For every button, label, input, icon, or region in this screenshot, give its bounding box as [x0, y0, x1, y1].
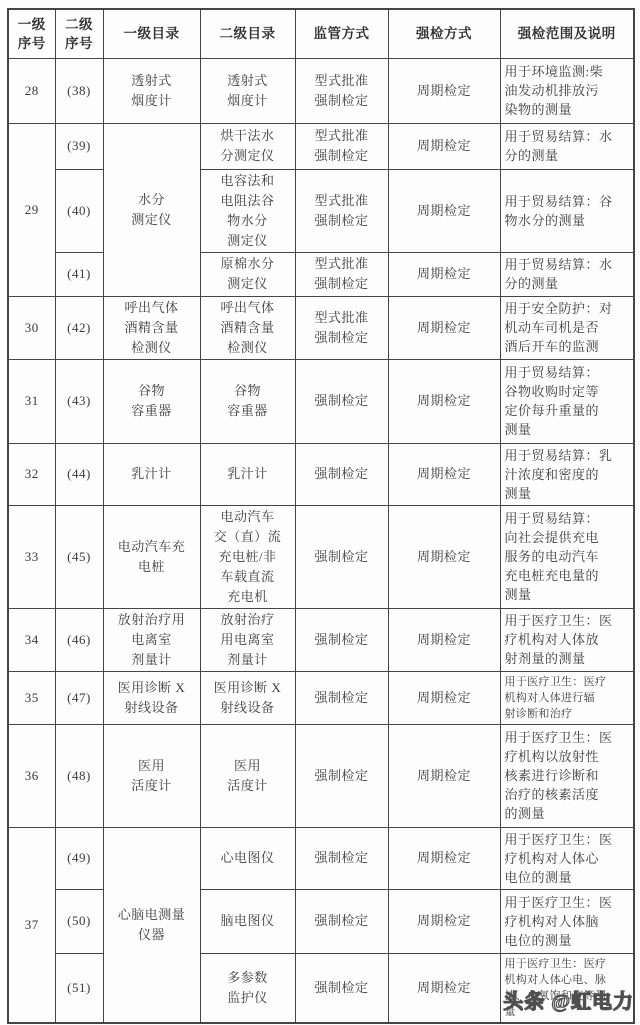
cell-inspection: 周期检定 — [388, 252, 500, 296]
table-row: (41) 原棉水分 测定仪 型式批准 强制检定 周期检定 用于贸易结算：水 分的… — [8, 252, 634, 296]
cell-scope: 用于医疗卫生：医疗 机构对人体进行辐 射诊断和治疗 — [500, 671, 634, 724]
cell-catalog1: 水分 测定仪 — [103, 123, 200, 296]
table-header-row: 一级 序号 二级 序号 一级目录 二级目录 监管方式 强检方式 强检范围及说明 — [8, 9, 634, 58]
cell-inspection: 周期检定 — [388, 296, 500, 359]
cell-catalog1: 医用 活度计 — [103, 724, 200, 827]
cell-scope: 用于医疗卫生：医 疗机构以放射性 核素进行诊断和 治疗的核素活度 的测量 — [500, 724, 634, 827]
cell-supervision: 强制检定 — [295, 827, 388, 889]
cell-inspection: 周期检定 — [388, 671, 500, 724]
cell-no: 28 — [8, 58, 55, 123]
cell-sub-no: (48) — [55, 724, 103, 827]
cell-catalog2: 心电图仪 — [200, 827, 295, 889]
cell-inspection: 周期检定 — [388, 58, 500, 123]
cell-catalog2: 呼出气体 酒精含量 检测仪 — [200, 296, 295, 359]
cell-catalog2: 电动汽车 交（直）流 充电桩/非 车载直流 充电机 — [200, 505, 295, 608]
table-row: (40) 电容法和 电阻法谷 物水分 测定仪 型式批准 强制检定 周期检定 用于… — [8, 169, 634, 252]
cell-inspection: 周期检定 — [388, 169, 500, 252]
table-row: 33 (45) 电动汽车充 电桩 电动汽车 交（直）流 充电桩/非 车载直流 充… — [8, 505, 634, 608]
header-level2-catalog: 二级目录 — [200, 9, 295, 58]
cell-sub-no: (50) — [55, 889, 103, 953]
cell-supervision: 型式批准 强制检定 — [295, 296, 388, 359]
cell-supervision: 型式批准 强制检定 — [295, 169, 388, 252]
toutiao-watermark: 头条 @虹电力 — [503, 985, 634, 1014]
cell-supervision: 强制检定 — [295, 505, 388, 608]
cell-supervision: 型式批准 强制检定 — [295, 252, 388, 296]
table-row: 32 (44) 乳汁计 乳汁计 强制检定 周期检定 用于贸易结算：乳 汁浓度和密… — [8, 443, 634, 505]
cell-sub-no: (42) — [55, 296, 103, 359]
cell-scope: 用于贸易结算：谷 物水分的测量 — [500, 169, 634, 252]
cell-scope: 用于环境监测:柴 油发动机排放污 染物的测量 — [500, 58, 634, 123]
cell-no: 32 — [8, 443, 55, 505]
table-row: 36 (48) 医用 活度计 医用 活度计 强制检定 周期检定 用于医疗卫生：医… — [8, 724, 634, 827]
header-supervision-method: 监管方式 — [295, 9, 388, 58]
cell-scope: 用于贸易结算： 谷物收购时定等 定价每升重量的 测量 — [500, 359, 634, 443]
cell-scope: 用于安全防护：对 机动车司机是否 酒后开车的监测 — [500, 296, 634, 359]
cell-supervision: 强制检定 — [295, 608, 388, 671]
cell-supervision: 强制检定 — [295, 443, 388, 505]
document-page: 一级 序号 二级 序号 一级目录 二级目录 监管方式 强检方式 强检范围及说明 … — [0, 0, 640, 1025]
header-inspection-method: 强检方式 — [388, 9, 500, 58]
cell-inspection: 周期检定 — [388, 443, 500, 505]
cell-catalog1: 透射式 烟度计 — [103, 58, 200, 123]
cell-inspection: 周期检定 — [388, 827, 500, 889]
cell-supervision: 强制检定 — [295, 889, 388, 953]
cell-no: 29 — [8, 123, 55, 296]
cell-catalog1: 电动汽车充 电桩 — [103, 505, 200, 608]
header-level1-no: 一级 序号 — [8, 9, 55, 58]
cell-catalog2: 透射式 烟度计 — [200, 58, 295, 123]
cell-sub-no: (44) — [55, 443, 103, 505]
cell-sub-no: (43) — [55, 359, 103, 443]
cell-catalog2: 谷物 容重器 — [200, 359, 295, 443]
cell-catalog1: 医用诊断 X 射线设备 — [103, 671, 200, 724]
cell-sub-no: (40) — [55, 169, 103, 252]
cell-inspection: 周期检定 — [388, 889, 500, 953]
cell-inspection: 周期检定 — [388, 359, 500, 443]
cell-catalog2: 乳汁计 — [200, 443, 295, 505]
cell-supervision: 强制检定 — [295, 671, 388, 724]
table-row: (50) 脑电图仪 强制检定 周期检定 用于医疗卫生：医 疗机构对人体脑 电位的… — [8, 889, 634, 953]
cell-sub-no: (46) — [55, 608, 103, 671]
header-level2-no: 二级 序号 — [55, 9, 103, 58]
cell-sub-no: (49) — [55, 827, 103, 889]
cell-scope: 用于医疗卫生：医 疗机构对人体放 射剂量的测量 — [500, 608, 634, 671]
cell-sub-no: (51) — [55, 953, 103, 1023]
cell-no: 30 — [8, 296, 55, 359]
cell-scope: 用于贸易结算：乳 汁浓度和密度的 测量 — [500, 443, 634, 505]
cell-catalog2: 医用 活度计 — [200, 724, 295, 827]
cell-scope: 用于贸易结算：水 分的测量 — [500, 123, 634, 169]
cell-catalog2: 电容法和 电阻法谷 物水分 测定仪 — [200, 169, 295, 252]
cell-inspection: 周期检定 — [388, 953, 500, 1023]
table-row: 31 (43) 谷物 容重器 谷物 容重器 强制检定 周期检定 用于贸易结算： … — [8, 359, 634, 443]
cell-supervision: 强制检定 — [295, 359, 388, 443]
cell-inspection: 周期检定 — [388, 123, 500, 169]
table-row: 35 (47) 医用诊断 X 射线设备 医用诊断 X 射线设备 强制检定 周期检… — [8, 671, 634, 724]
cell-no: 35 — [8, 671, 55, 724]
cell-supervision: 型式批准 强制检定 — [295, 58, 388, 123]
cell-inspection: 周期检定 — [388, 505, 500, 608]
table-row: 28 (38) 透射式 烟度计 透射式 烟度计 型式批准 强制检定 周期检定 用… — [8, 58, 634, 123]
cell-supervision: 强制检定 — [295, 953, 388, 1023]
compulsory-verification-catalog-table: 一级 序号 二级 序号 一级目录 二级目录 监管方式 强检方式 强检范围及说明 … — [7, 8, 635, 1024]
cell-no: 34 — [8, 608, 55, 671]
header-level1-catalog: 一级目录 — [103, 9, 200, 58]
cell-catalog1: 呼出气体 酒精含量 检测仪 — [103, 296, 200, 359]
table-row: 37 (49) 心脑电测量 仪器 心电图仪 强制检定 周期检定 用于医疗卫生：医… — [8, 827, 634, 889]
cell-sub-no: (41) — [55, 252, 103, 296]
cell-scope: 用于医疗卫生：医 疗机构对人体脑 电位的测量 — [500, 889, 634, 953]
cell-sub-no: (45) — [55, 505, 103, 608]
cell-supervision: 强制检定 — [295, 724, 388, 827]
cell-scope: 用于医疗卫生：医 疗机构对人体心 电位的测量 — [500, 827, 634, 889]
table-row: 30 (42) 呼出气体 酒精含量 检测仪 呼出气体 酒精含量 检测仪 型式批准… — [8, 296, 634, 359]
cell-sub-no: (38) — [55, 58, 103, 123]
table-row: 29 (39) 水分 测定仪 烘干法水 分测定仪 型式批准 强制检定 周期检定 … — [8, 123, 634, 169]
cell-no: 33 — [8, 505, 55, 608]
cell-catalog1: 放射治疗用 电离室 剂量计 — [103, 608, 200, 671]
cell-scope: 用于贸易结算：水 分的测量 — [500, 252, 634, 296]
cell-catalog1: 谷物 容重器 — [103, 359, 200, 443]
cell-no: 37 — [8, 827, 55, 1023]
cell-catalog2: 原棉水分 测定仪 — [200, 252, 295, 296]
cell-catalog2: 医用诊断 X 射线设备 — [200, 671, 295, 724]
cell-inspection: 周期检定 — [388, 608, 500, 671]
cell-no: 31 — [8, 359, 55, 443]
cell-sub-no: (39) — [55, 123, 103, 169]
header-scope-description: 强检范围及说明 — [500, 9, 634, 58]
cell-catalog2: 脑电图仪 — [200, 889, 295, 953]
cell-catalog2: 烘干法水 分测定仪 — [200, 123, 295, 169]
cell-catalog1: 乳汁计 — [103, 443, 200, 505]
cell-catalog2: 放射治疗 用电离室 剂量计 — [200, 608, 295, 671]
cell-catalog2: 多参数 监护仪 — [200, 953, 295, 1023]
cell-supervision: 型式批准 强制检定 — [295, 123, 388, 169]
cell-scope: 用于贸易结算： 向社会提供充电 服务的电动汽车 充电桩充电量的 测量 — [500, 505, 634, 608]
cell-catalog1: 心脑电测量 仪器 — [103, 827, 200, 1023]
cell-sub-no: (47) — [55, 671, 103, 724]
table-row: 34 (46) 放射治疗用 电离室 剂量计 放射治疗 用电离室 剂量计 强制检定… — [8, 608, 634, 671]
cell-inspection: 周期检定 — [388, 724, 500, 827]
cell-no: 36 — [8, 724, 55, 827]
